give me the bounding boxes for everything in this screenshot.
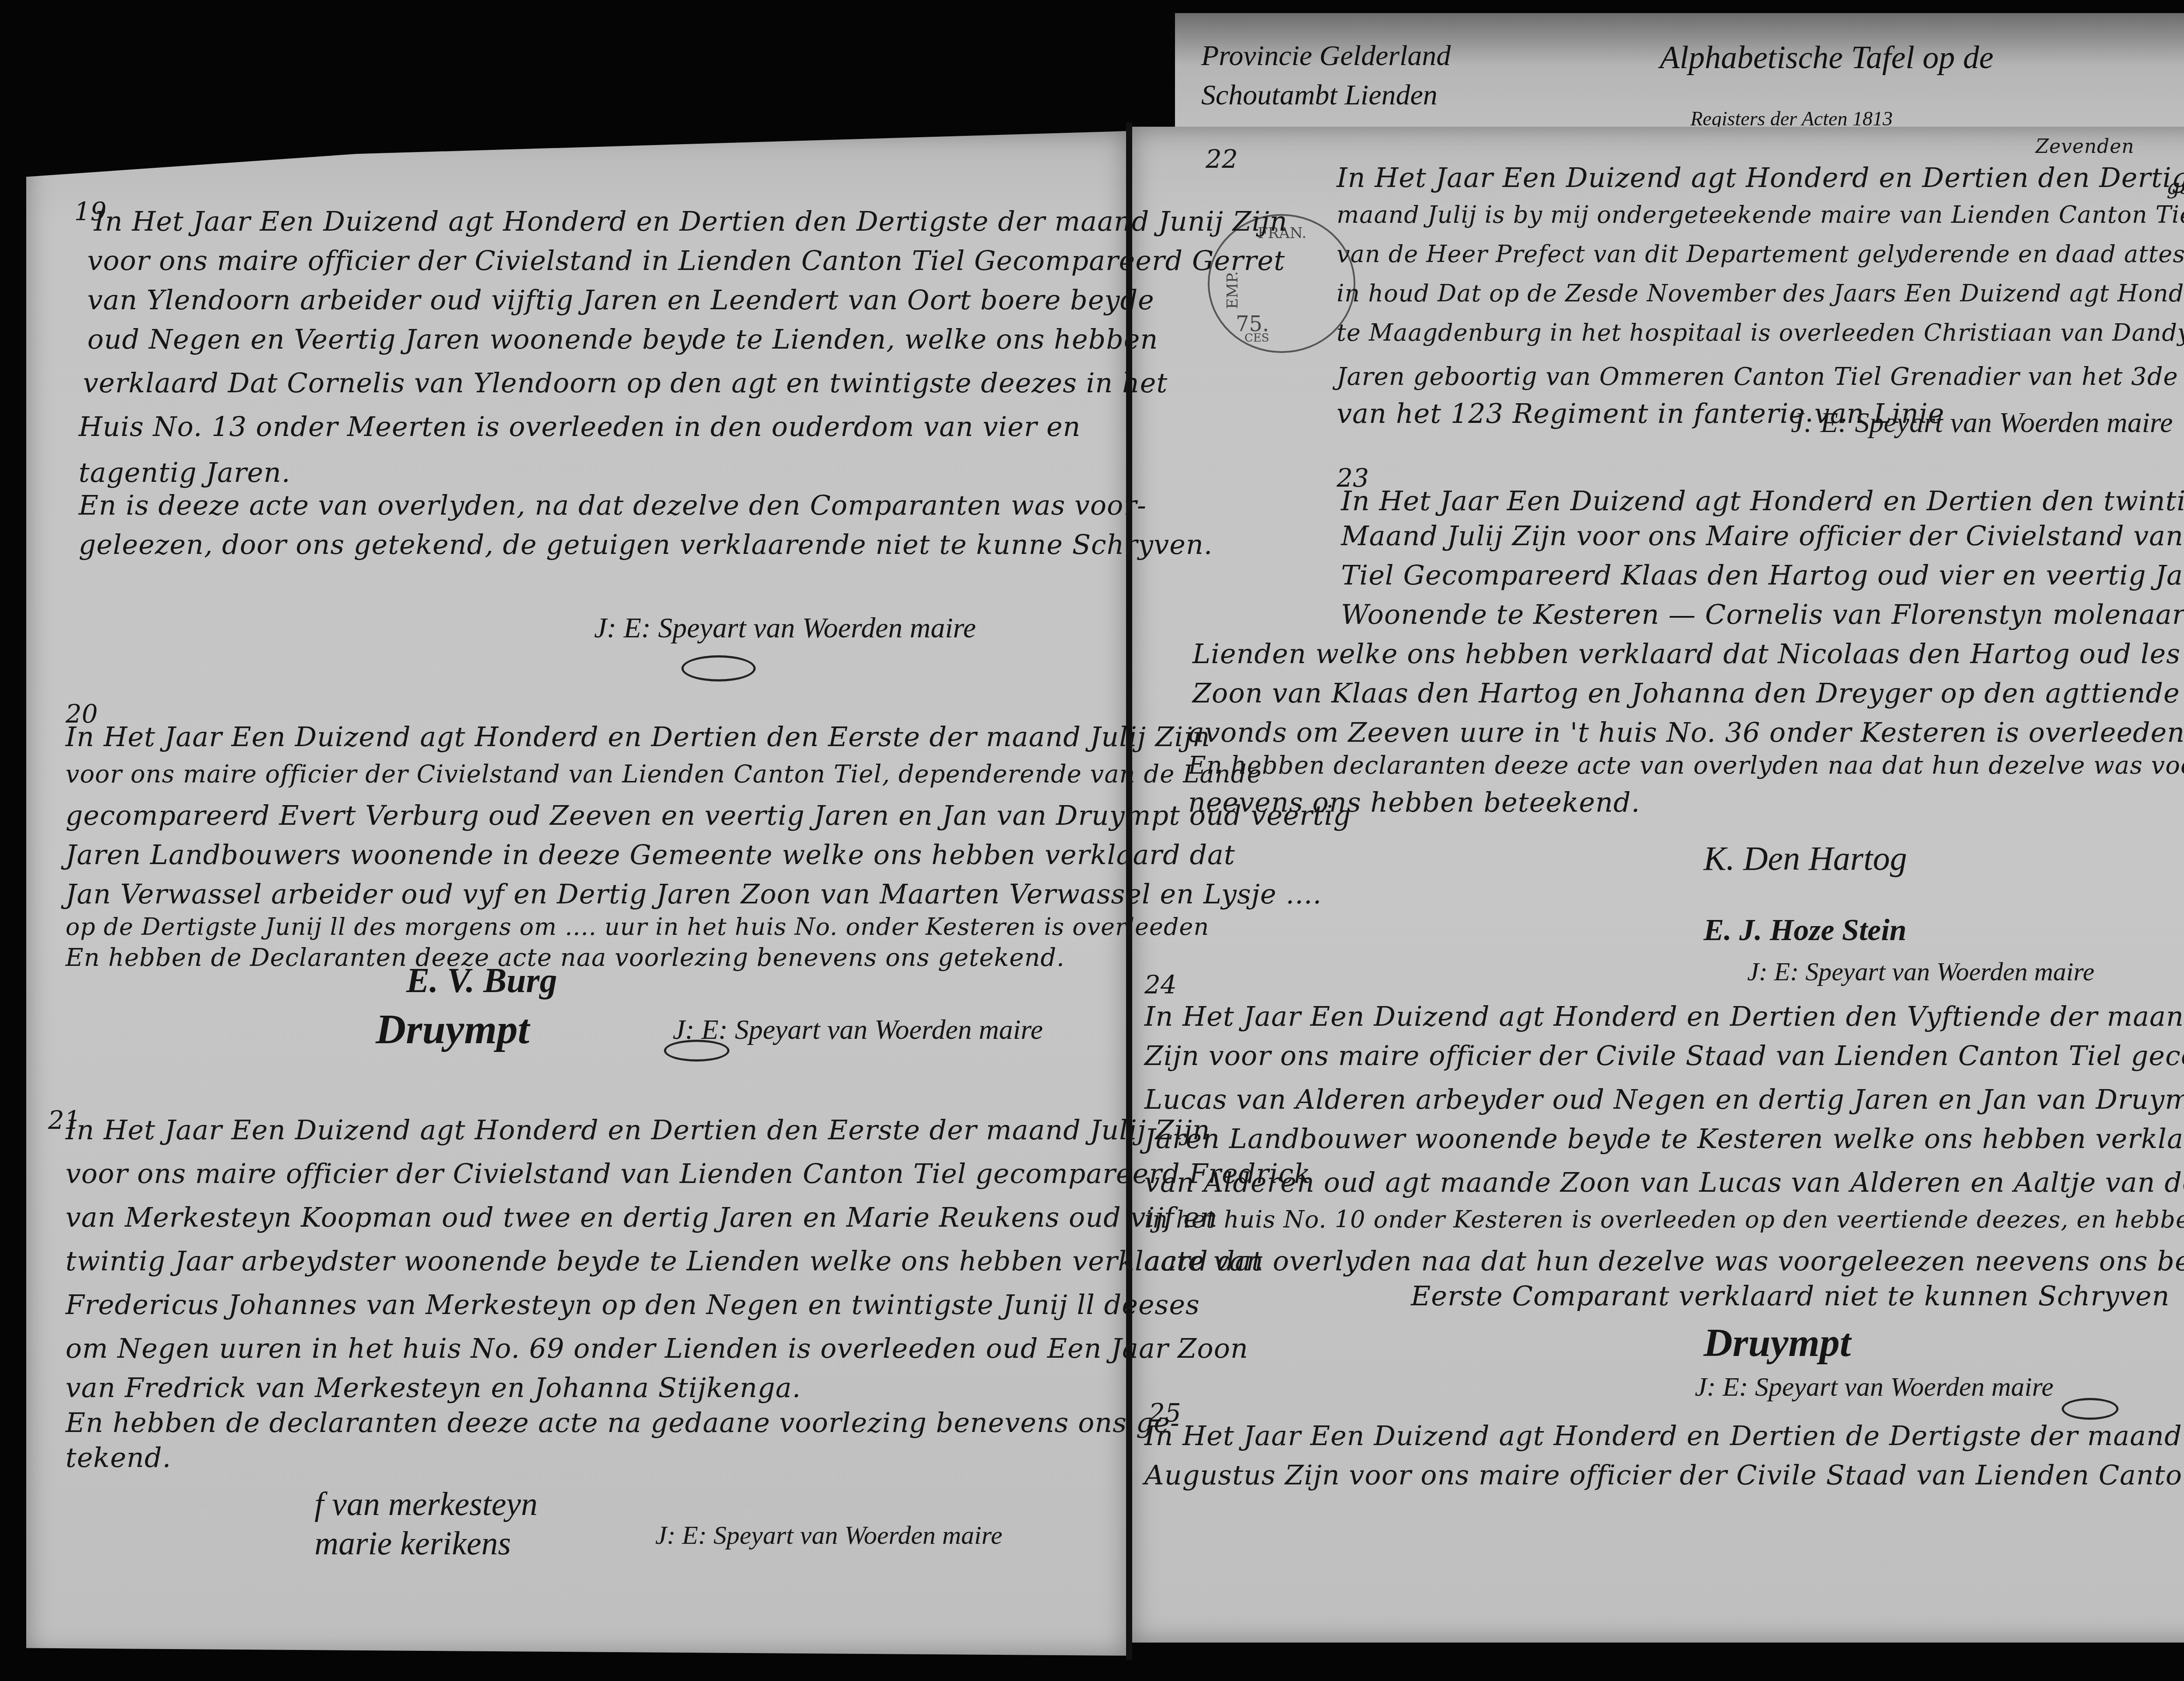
tab-municipality-label: Schoutambt Lienden	[1201, 79, 1438, 112]
entry-line: In Het Jaar Een Duizend agt Honderd en D…	[1144, 1420, 2182, 1452]
entry-line: verklaard Dat Cornelis van Ylendoorn op …	[83, 367, 1168, 399]
entry-line: te Maagdenburg in het hospitaal is overl…	[1337, 319, 2184, 346]
entry-line: acte van overlyden naa dat hun dezelve w…	[1144, 1245, 2184, 1277]
entry-line: En hebben de Declaranten deeze acte naa …	[66, 944, 1065, 972]
entry-line: En hebben declaranten deeze acte van ove…	[1188, 751, 2184, 780]
flourish-icon	[2062, 1398, 2118, 1420]
signature-declarant: K. Den Hartog	[1704, 839, 1907, 878]
signature-maire: J: E: Speyart van Woerden maire	[1695, 1372, 2053, 1403]
tab-province-label: Provincie Gelderland	[1201, 39, 1451, 73]
entry-number: 22	[1206, 144, 1238, 174]
tab-index-title: Alphabetische Tafel op de	[1660, 39, 1994, 76]
entry-line: In Het Jaar Een Duizend agt Honderd en D…	[1337, 162, 2184, 194]
entry-line: Augustus Zijn voor ons maire officier de…	[1144, 1459, 2184, 1491]
entry-line: Woonende te Kesteren — Cornelis van Flor…	[1341, 598, 2184, 630]
entry-line: in houd Dat op de Zesde November des Jaa…	[1337, 280, 2184, 307]
entry-line: Fredericus Johannes van Merkesteyn op de…	[66, 1289, 1200, 1321]
entry-line: in het huis No. 10 onder Kesteren is ove…	[1144, 1206, 2184, 1233]
entry-line: Zoon van Klaas den Hartog en Johanna den…	[1192, 677, 2184, 709]
entry-line: Lienden welke ons hebben verklaard dat N…	[1192, 638, 2184, 670]
entry-line: van Ylendoorn arbeider oud vijftig Jaren…	[87, 284, 1154, 316]
entry-line: Jan Verwassel arbeider oud vyf en Dertig…	[66, 878, 1322, 910]
signature-maire: J: E: Speyart van Woerden maire	[655, 1520, 1002, 1550]
entry-line: maand Julij is by mij ondergeteekende ma…	[1337, 201, 2184, 228]
entry-line: voor ons maire officier der Civielstand …	[87, 245, 1285, 277]
entry-line: Eerste Comparant verklaard niet te kunne…	[1411, 1280, 2170, 1312]
flourish-icon	[681, 655, 756, 681]
entry-line: In Het Jaar Een Duizend agt Honderd en D…	[1144, 1000, 2184, 1032]
entry-line: En hebben de declaranten deeze acte na g…	[66, 1407, 1180, 1439]
entry-line: Jaren Landbouwers woonende in deeze Geme…	[66, 839, 1235, 871]
flourish-icon	[664, 1040, 729, 1062]
entry-line: Jaren Landbouwer woonende beyde te Keste…	[1144, 1123, 2184, 1155]
entry-line: Huis No. 13 onder Meerten is overleeden …	[79, 411, 1081, 443]
signature-maire: J: E: Speyart van Woerden maire	[594, 612, 976, 645]
index-tab: Provincie Gelderland Schoutambt Lienden …	[1175, 13, 2184, 144]
entry-line: Tiel Gecompareerd Klaas den Hartog oud v…	[1341, 559, 2184, 591]
entry-line: Zijn voor ons maire officier der Civile …	[1144, 1040, 2184, 1072]
entry-line: voor ons maire officier der Civielstand …	[66, 760, 1262, 789]
entry-line: tekend.	[66, 1442, 171, 1473]
entry-line: neevens ons hebben beteekend.	[1188, 786, 1640, 818]
signature-witness-2: Druympt	[376, 1005, 529, 1053]
entry-line: geleezen, door ons getekend, de getuigen…	[79, 529, 1213, 560]
entry-line: En is deeze acte van overlyden, na dat d…	[79, 489, 1147, 521]
stamp-unit: CES	[1244, 332, 1269, 345]
entry-line: twintig Jaar arbeydster woonende beyde t…	[66, 1245, 1263, 1277]
signature-witness: E. J. Hoze Stein	[1704, 913, 1907, 948]
signature-maire: J: E: Speyart van Woerden maire	[1791, 406, 2173, 439]
entry-number: 24	[1144, 970, 1177, 1000]
entry-line: tagentig Jaren.	[79, 457, 290, 488]
entry-line: oud Negen en Veertig Jaren woonende beyd…	[87, 323, 1158, 355]
entry-line: voor ons maire officier der Civielstand …	[66, 1158, 1311, 1190]
entry-line: van de Heer Prefect van dit Departement …	[1337, 240, 2184, 268]
entry-line: In Het Jaar Een Duizend agt Honderd en D…	[66, 721, 1210, 753]
interlinear-note: Zevenden	[2035, 135, 2134, 158]
entry-line: In Het Jaar Een Duizend agt Honderd en D…	[66, 1114, 1210, 1146]
entry-line: In Het Jaar Een Duizend agt Honderd en D…	[1341, 485, 2184, 517]
signature-witness: Druympt	[1704, 1319, 1851, 1366]
entry-line: In Het Jaar Een Duizend agt Honderd en D…	[94, 205, 1288, 237]
signature-maire: J: E: Speyart van Woerden maire	[1747, 957, 2094, 987]
entry-line: Lucas van Alderen arbeyder oud Negen en …	[1144, 1083, 2184, 1115]
entry-line: Jaren geboortig van Ommeren Canton Tiel …	[1337, 363, 2184, 391]
signature-witness-1: f van merkesteyn	[314, 1485, 538, 1523]
signature-maire: J: E: Speyart van Woerden maire	[673, 1013, 1043, 1046]
entry-line: Maand Julij Zijn voor ons Maire officier…	[1341, 520, 2184, 552]
entry-line: van Fredrick van Merkesteyn en Johanna S…	[66, 1372, 801, 1404]
entry-line: om Negen uuren in het huis No. 69 onder …	[66, 1332, 1248, 1364]
entry-line: gecompareerd Evert Verburg oud Zeeven en…	[66, 799, 1351, 831]
entry-line: van Merkesteyn Koopman oud twee en derti…	[66, 1201, 1218, 1233]
entry-line: op de Dertigste Junij ll des morgens om …	[66, 913, 1209, 941]
signature-witness-2: marie kerikens	[314, 1525, 511, 1563]
entry-line: van Alderen oud agt maande Zoon van Luca…	[1144, 1166, 2184, 1198]
stamp-left-text: EMP.	[1224, 271, 1241, 309]
signature-witness-1: E. V. Burg	[406, 961, 557, 1001]
entry-line: avonds om Zeeven uure in 't huis No. 36 …	[1188, 716, 2184, 748]
